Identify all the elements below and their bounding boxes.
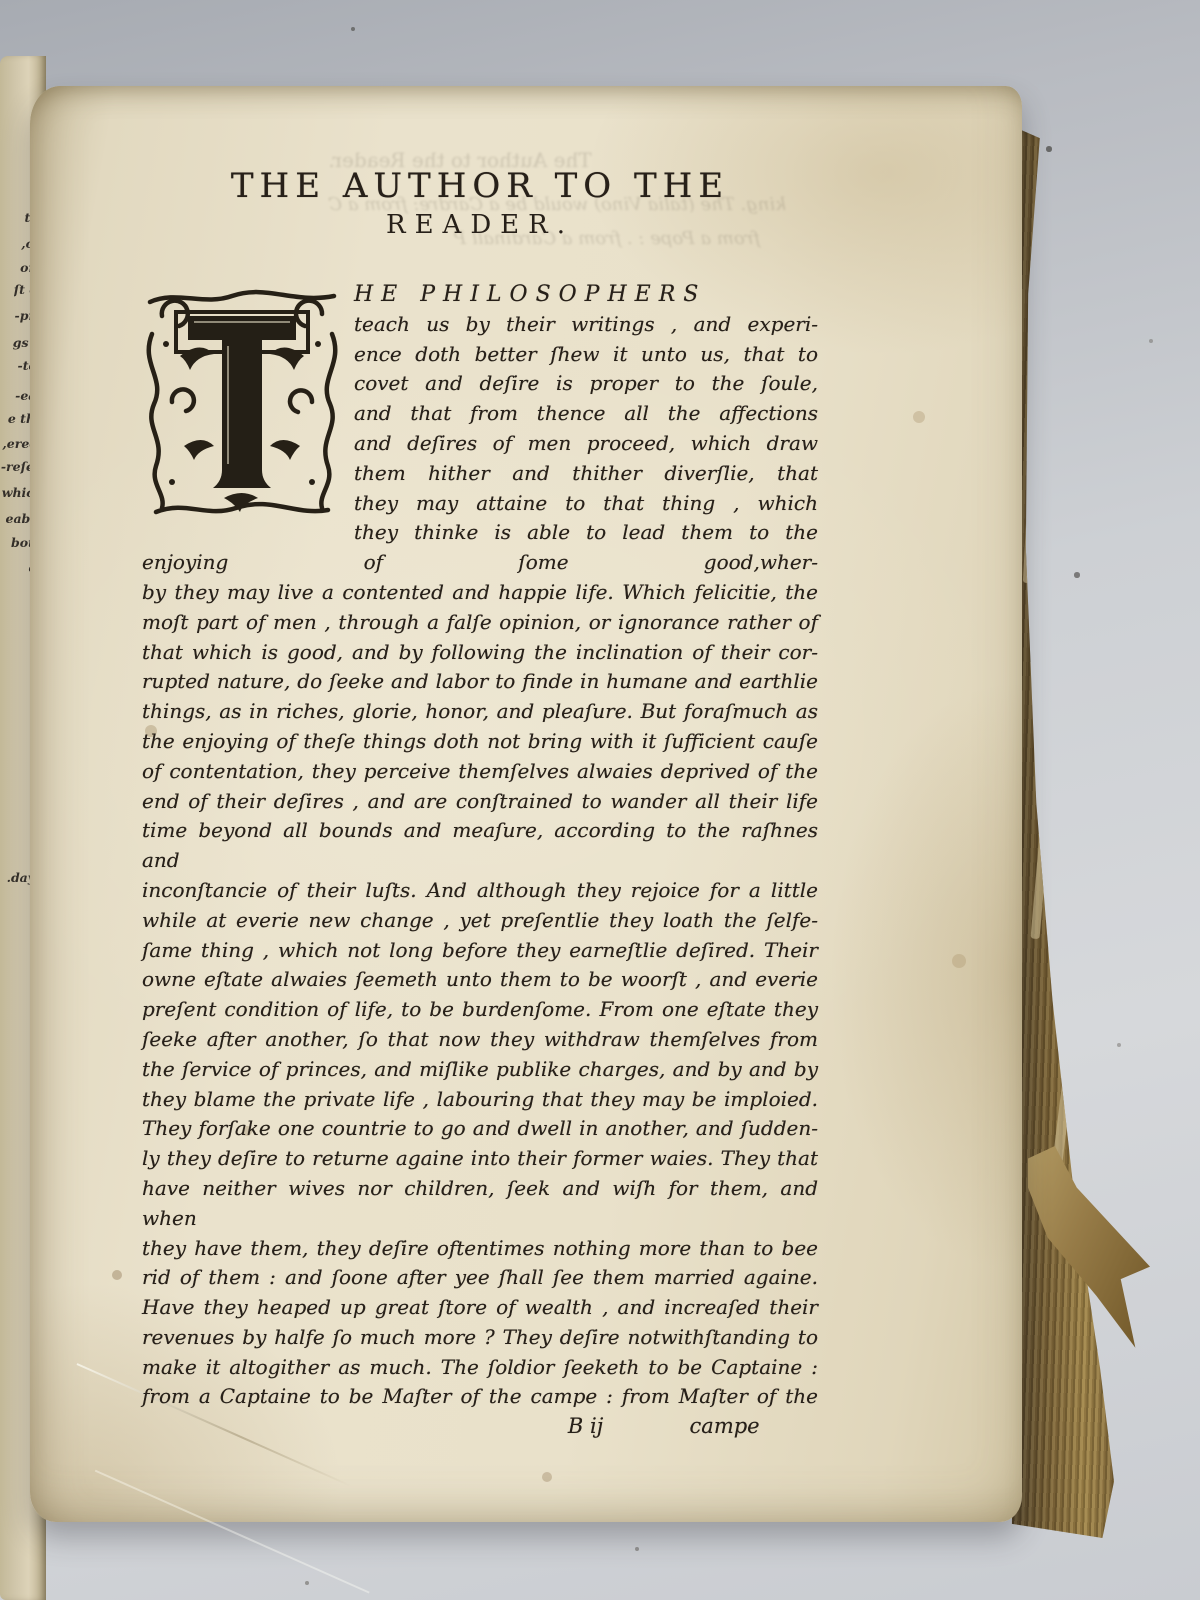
text-line: revenues by halfe ſo much more ? They de… [142,1323,818,1353]
dust-specks [0,0,2,2]
text-line: end of their deſires , and are conſtrain… [142,787,818,817]
text-line: ſeeke after another, ſo that now they wi… [142,1025,818,1055]
text-line: rupted nature, do ſeeke and labor to fin… [142,667,818,697]
text-line: They forſake one countrie to go and dwel… [142,1114,818,1144]
ornate-initial-T [136,284,348,520]
signature-row: B ij campe [142,1412,818,1444]
full-width-lines: they thinke is able to lead them to the … [142,518,818,1412]
text-line: make it altogither as much. The ſoldior … [142,1353,818,1383]
text-line: preſent condition of life, to be burdenſ… [142,995,818,1025]
ornate-initial-T-icon [136,284,348,520]
text-line: have neither wives nor children, ſeek an… [142,1174,818,1234]
foxing-stains [30,86,36,92]
page-title-second-line: READER. [142,210,818,240]
text-line: while at everie new change , yet preſent… [142,906,818,936]
text-line: inconſtancie of their luſts. And althoug… [142,876,818,906]
text-line: owne eſtate alwaies ſeemeth unto them to… [142,965,818,995]
printed-text-block: THE AUTHOR TO THE READER. [142,166,818,1444]
text-line: that which is good, and by following the… [142,638,818,668]
text-line: ly they deſire to returne againe into th… [142,1144,818,1174]
body-paragraph: HE PHILOSOPHERS teach us by their writin… [142,280,818,1444]
page-title: THE AUTHOR TO THE [142,166,818,206]
text-line: they blame the private life , labouring … [142,1085,818,1115]
text-line: rid of them : and ſoone after yee ſhall … [142,1263,818,1293]
text-line: the enjoying of theſe things doth not br… [142,727,818,757]
text-line: from a Captaine to be Maſter of the camp… [142,1382,818,1412]
text-line: moſt part of men , through a falſe opini… [142,608,818,638]
text-line: they have them, they deſire oftentimes n… [142,1234,818,1264]
text-line: by they may live a contented and happie … [142,578,818,608]
catchword: campe [690,1412,760,1442]
text-line: things, as in riches, glorie, honor, and… [142,697,818,727]
text-line: the ſervice of princes, and miſlike publ… [142,1055,818,1085]
text-line: they thinke is able to lead them to the … [142,518,818,578]
text-line: of contentation, they perceive themſelve… [142,757,818,787]
book-page: The Author to the Reader. king. The (tal… [30,86,1022,1522]
text-line: time beyond all bounds and meaſure, acco… [142,816,818,876]
signature-mark: B ij [568,1412,603,1442]
text-line: ſame thing , which not long before they … [142,936,818,966]
text-line: Have they heaped up great ſtore of wealt… [142,1293,818,1323]
